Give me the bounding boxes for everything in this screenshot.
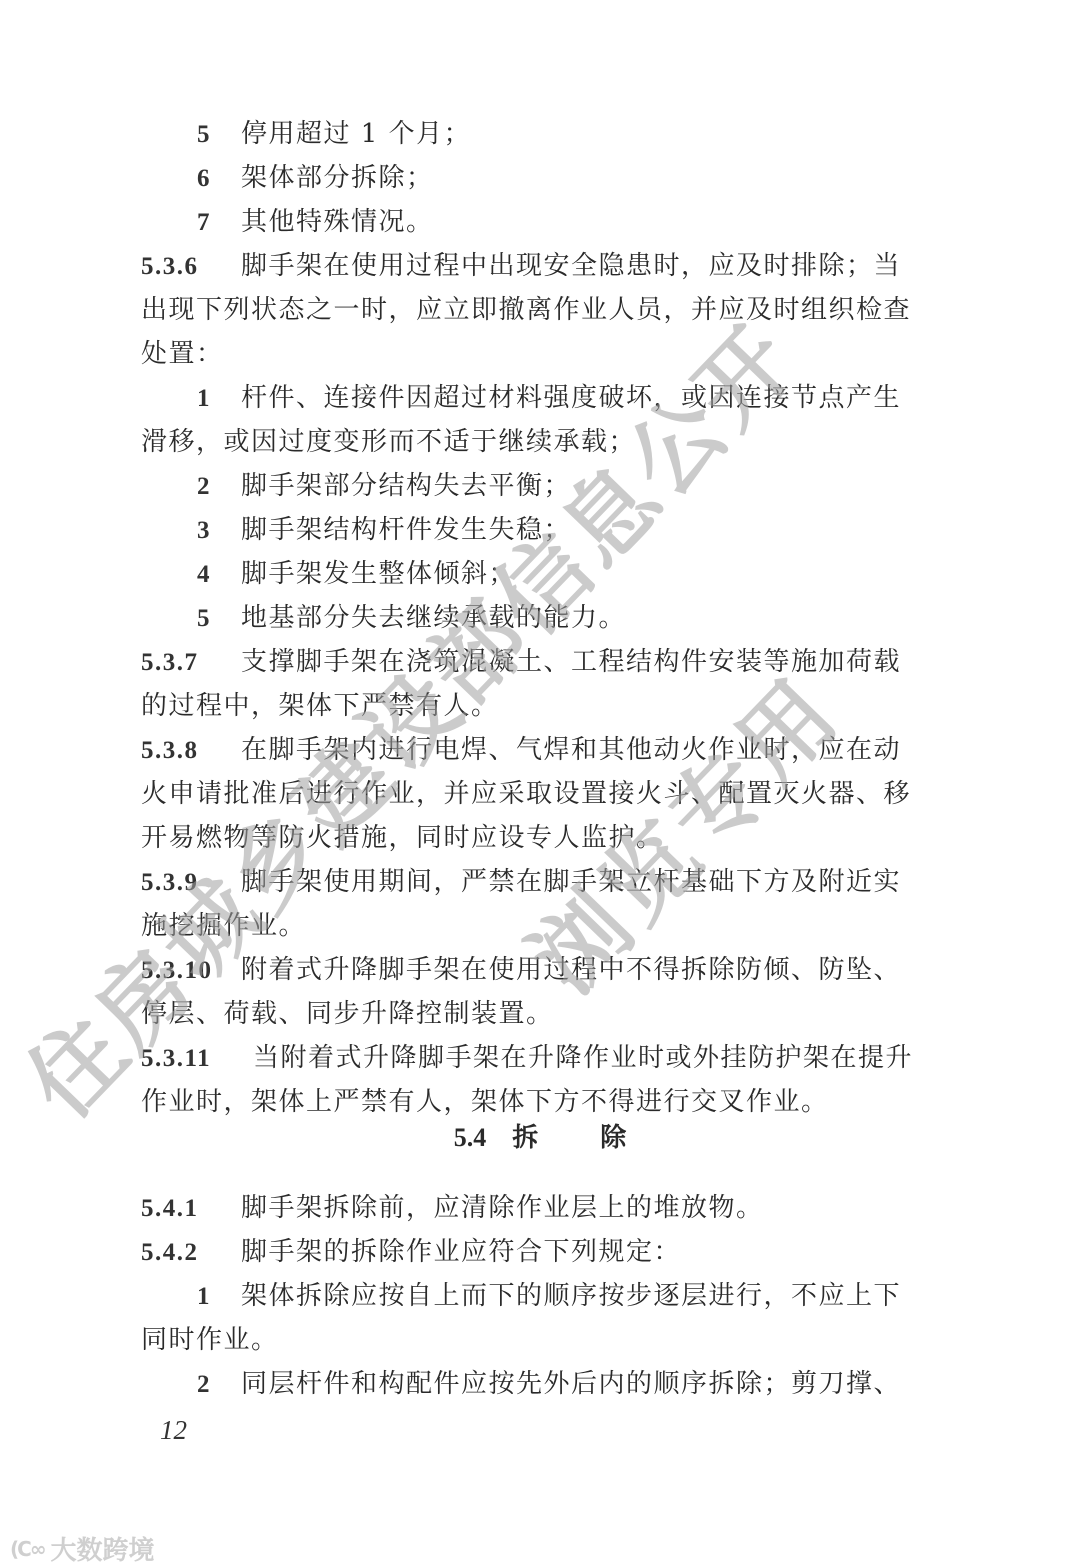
item-number: 5 [197, 603, 241, 635]
section-heading: 5.4拆除 [0, 1122, 1080, 1154]
clause-text: 脚手架在使用过程中出现安全隐患时，应及时排除；当 [241, 251, 901, 281]
item-number: 2 [197, 471, 241, 503]
clause-5-3-9: 5.3.9脚手架使用期间，严禁在脚手架立杆基础下方及附近实 [141, 866, 941, 899]
continuation-line: 施挖掘作业。 [141, 910, 941, 942]
item-text: 其他特殊情况。 [241, 207, 434, 237]
clause-5-3-6: 5.3.6脚手架在使用过程中出现安全隐患时，应及时排除；当 [141, 250, 941, 283]
clause-text: 脚手架的拆除作业应符合下列规定： [241, 1237, 681, 1267]
clause-5-3-7: 5.3.7支撑脚手架在浇筑混凝土、工程结构件安装等施加荷载 [141, 646, 941, 679]
continuation-line: 停层、荷载、同步升降控制装置。 [141, 998, 941, 1030]
item-number: 3 [197, 515, 241, 547]
list-item: 4脚手架发生整体倾斜； [197, 558, 997, 591]
item-text: 脚手架结构杆件发生失稳； [241, 515, 571, 545]
clause-text: 在脚手架内进行电焊、气焊和其他动火作业时，应在动 [241, 735, 901, 765]
section-number: 5.4 [454, 1123, 487, 1152]
continuation-line: 同时作业。 [141, 1324, 941, 1356]
logo-icon: (C∞ [10, 1537, 44, 1561]
item-text: 地基部分失去继续承载的能力。 [241, 603, 626, 633]
list-item: 1杆件、连接件因超过材料强度破坏，或因连接节点产生 [197, 382, 997, 415]
clause-5-3-11: 5.3.11当附着式升降脚手架在升降作业时或外挂防护架在提升 [141, 1042, 941, 1075]
clause-number: 5.4.1 [141, 1193, 241, 1225]
clause-number: 5.3.8 [141, 735, 241, 767]
document-page: 5停用超过 1 个月； 6架体部分拆除； 7其他特殊情况。 5.3.6脚手架在使… [0, 0, 1080, 1565]
continuation-line: 开易燃物等防火措施，同时应设专人监护。 [141, 822, 941, 854]
item-text: 杆件、连接件因超过材料强度破坏，或因连接节点产生 [241, 383, 901, 413]
clause-text: 支撑脚手架在浇筑混凝土、工程结构件安装等施加荷载 [241, 647, 901, 677]
clause-text: 附着式升降脚手架在使用过程中不得拆除防倾、防坠、 [241, 955, 901, 985]
item-text: 脚手架发生整体倾斜； [241, 559, 516, 589]
item-number: 7 [197, 207, 241, 239]
clause-5-3-10: 5.3.10附着式升降脚手架在使用过程中不得拆除防倾、防坠、 [141, 954, 941, 987]
list-item: 3脚手架结构杆件发生失稳； [197, 514, 997, 547]
list-item: 7其他特殊情况。 [197, 206, 997, 239]
clause-number: 5.3.6 [141, 251, 241, 283]
clause-text: 脚手架使用期间，严禁在脚手架立杆基础下方及附近实 [241, 867, 901, 897]
list-item: 2脚手架部分结构失去平衡； [197, 470, 997, 503]
continuation-line: 滑移，或因过度变形而不适于继续承载； [141, 426, 941, 458]
clause-text: 脚手架拆除前，应清除作业层上的堆放物。 [241, 1193, 764, 1223]
item-number: 2 [197, 1369, 241, 1401]
clause-5-3-8: 5.3.8在脚手架内进行电焊、气焊和其他动火作业时，应在动 [141, 734, 941, 767]
continuation-line: 的过程中，架体下严禁有人。 [141, 690, 941, 722]
list-item: 5停用超过 1 个月； [197, 118, 997, 151]
section-title-char-1: 拆 [512, 1123, 538, 1153]
section-title-char-2: 除 [600, 1123, 626, 1153]
list-item: 5地基部分失去继续承载的能力。 [197, 602, 997, 635]
continuation-line: 出现下列状态之一时，应立即撤离作业人员，并应及时组织检查 [141, 294, 941, 326]
item-text: 脚手架部分结构失去平衡； [241, 471, 571, 501]
list-item: 6架体部分拆除； [197, 162, 997, 195]
list-item: 2同层杆件和构配件应按先外后内的顺序拆除；剪刀撑、 [197, 1368, 997, 1401]
item-text: 同层杆件和构配件应按先外后内的顺序拆除；剪刀撑、 [241, 1369, 901, 1399]
source-logo: (C∞ 大数跨境 [10, 1530, 155, 1565]
item-text: 架体部分拆除； [241, 163, 434, 193]
list-item: 1架体拆除应按自上而下的顺序按步逐层进行，不应上下 [197, 1280, 997, 1313]
item-text: 架体拆除应按自上而下的顺序按步逐层进行，不应上下 [241, 1281, 901, 1311]
page-number: 12 [160, 1415, 187, 1446]
clause-number: 5.3.10 [141, 955, 241, 987]
clause-number: 5.3.9 [141, 867, 241, 899]
continuation-line: 处置： [141, 338, 941, 370]
item-number: 6 [197, 163, 241, 195]
item-number: 1 [197, 1281, 241, 1313]
clause-number: 5.4.2 [141, 1237, 241, 1269]
item-number: 5 [197, 119, 241, 151]
logo-text: 大数跨境 [50, 1530, 154, 1565]
clause-number: 5.3.7 [141, 647, 241, 679]
continuation-line: 火申请批准后进行作业，并应采取设置接火斗、配置灭火器、移 [141, 778, 941, 810]
item-number: 4 [197, 559, 241, 591]
clause-5-4-2: 5.4.2脚手架的拆除作业应符合下列规定： [141, 1236, 941, 1269]
item-text: 停用超过 1 个月； [241, 119, 471, 149]
clause-number: 5.3.11 [141, 1043, 253, 1075]
continuation-line: 作业时，架体上严禁有人，架体下方不得进行交叉作业。 [141, 1086, 941, 1118]
clause-text: 当附着式升降脚手架在升降作业时或外挂防护架在提升 [253, 1043, 913, 1073]
clause-5-4-1: 5.4.1脚手架拆除前，应清除作业层上的堆放物。 [141, 1192, 941, 1225]
item-number: 1 [197, 383, 241, 415]
